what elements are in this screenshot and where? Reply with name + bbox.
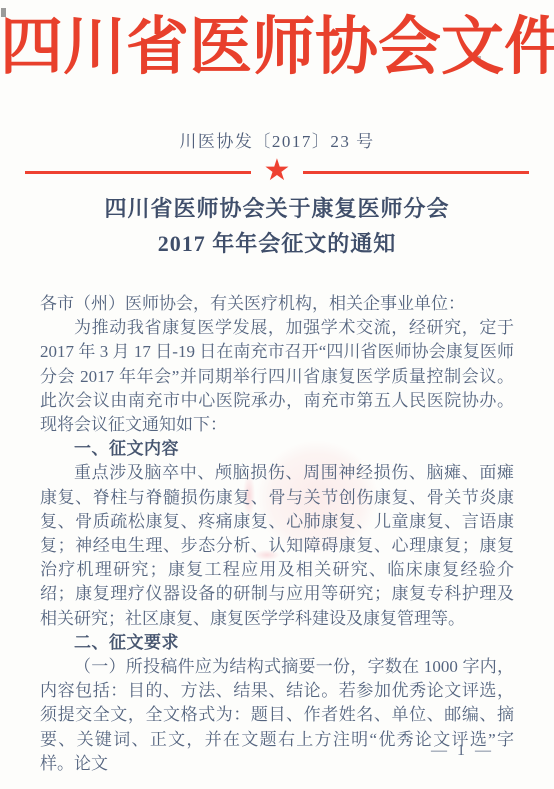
- intro-paragraph: 为推动我省康复医学发展，加强学术交流，经研究，定于 2017 年 3 月 17 …: [40, 316, 514, 437]
- notice-title: 四川省医师协会关于康复医师分会 2017 年年会征文的通知: [0, 191, 554, 261]
- document-number: 川医协发〔2017〕23 号: [0, 127, 554, 152]
- section-1-text: 重点涉及脑卒中、颅脑损伤、周围神经损伤、脑瘫、面瘫康复、脊柱与脊髓损伤康复、骨与…: [40, 461, 514, 630]
- divider-line-right: [303, 171, 529, 174]
- notice-title-line-1: 四川省医师协会关于康复医师分会: [0, 191, 554, 226]
- star-icon: ★: [264, 157, 291, 185]
- page-number: — 1 —: [431, 742, 494, 760]
- document-masthead-title: 四川省医师协会文件: [0, 4, 554, 90]
- red-divider: ★: [25, 158, 529, 186]
- document-body: 各市（州）医师协会，有关医疗机构，相关企事业单位： 为推动我省康复医学发展，加强…: [40, 292, 514, 776]
- section-1-heading: 一、征文内容: [40, 437, 514, 461]
- salutation: 各市（州）医师协会，有关医疗机构，相关企事业单位：: [40, 292, 514, 316]
- notice-title-line-2: 2017 年年会征文的通知: [0, 226, 554, 261]
- divider-line-left: [25, 171, 251, 174]
- scanned-official-document-page: 四川省医师协会文件 川医协发〔2017〕23 号 ★ 四川省医师协会关于康复医师…: [0, 0, 554, 789]
- section-2-heading: 二、征文要求: [40, 631, 514, 655]
